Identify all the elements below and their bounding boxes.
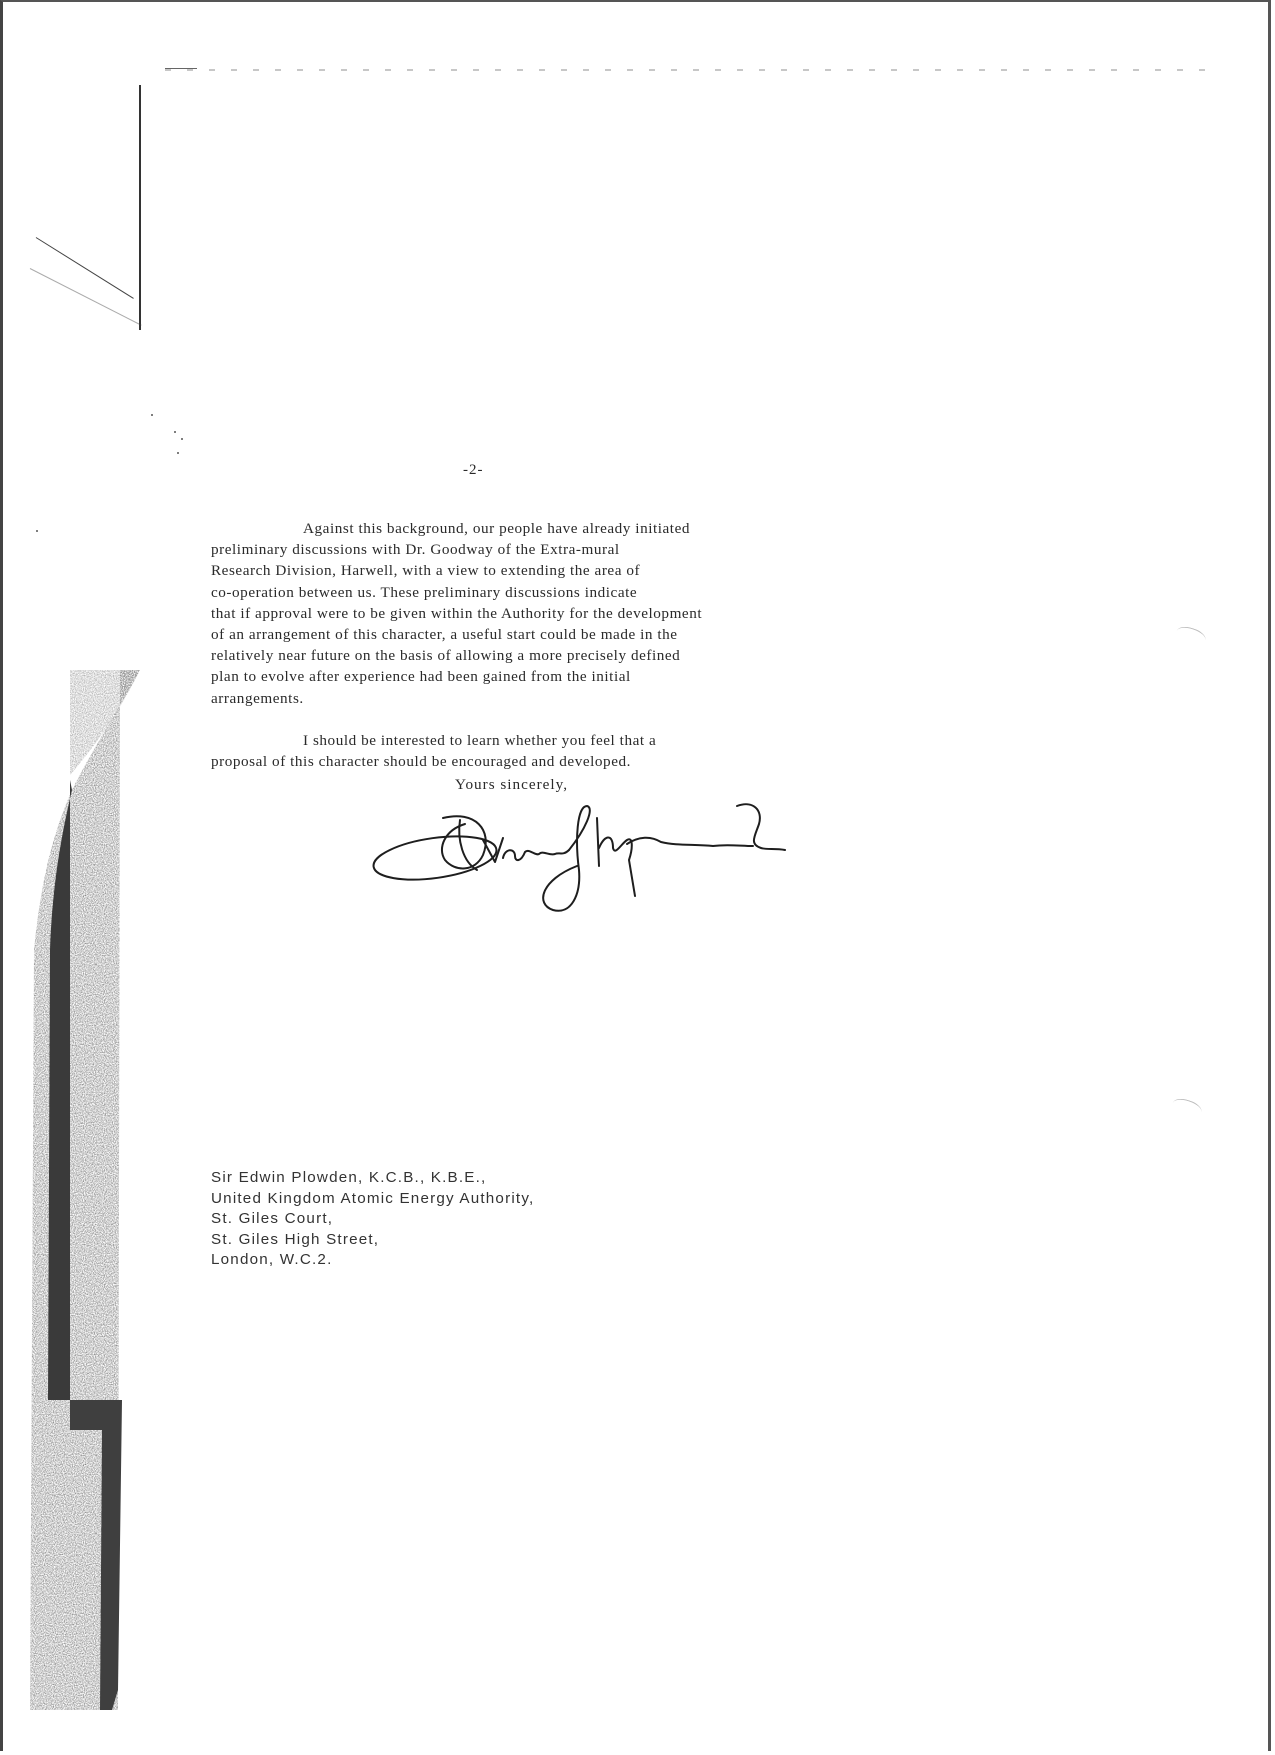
scan-speck xyxy=(36,530,38,532)
body-paragraph: I should be interested to learn whether … xyxy=(211,730,911,772)
scan-speck xyxy=(151,414,153,416)
page-number: -2- xyxy=(463,462,484,479)
scan-speck xyxy=(174,431,176,433)
recipient-line: St. Giles Court, xyxy=(211,1209,534,1230)
margin-pencil-line xyxy=(139,85,141,330)
scan-shadow-artifact xyxy=(0,670,140,1715)
recipient-line: Sir Edwin Plowden, K.C.B., K.B.E., xyxy=(211,1168,534,1189)
recipient-address: Sir Edwin Plowden, K.C.B., K.B.E., Unite… xyxy=(211,1168,534,1271)
body-paragraph: Against this background, our people have… xyxy=(211,518,911,709)
recipient-line: St. Giles High Street, xyxy=(211,1230,534,1251)
handwritten-signature xyxy=(365,800,795,920)
letter-body: Against this background, our people have… xyxy=(211,518,911,772)
recipient-line: London, W.C.2. xyxy=(211,1250,534,1271)
top-dotted-line xyxy=(165,69,1210,71)
letter-closing: Yours sincerely, xyxy=(455,776,568,794)
scan-speck xyxy=(177,452,179,454)
scan-speck xyxy=(181,438,183,440)
recipient-line: United Kingdom Atomic Energy Authority, xyxy=(211,1189,534,1210)
